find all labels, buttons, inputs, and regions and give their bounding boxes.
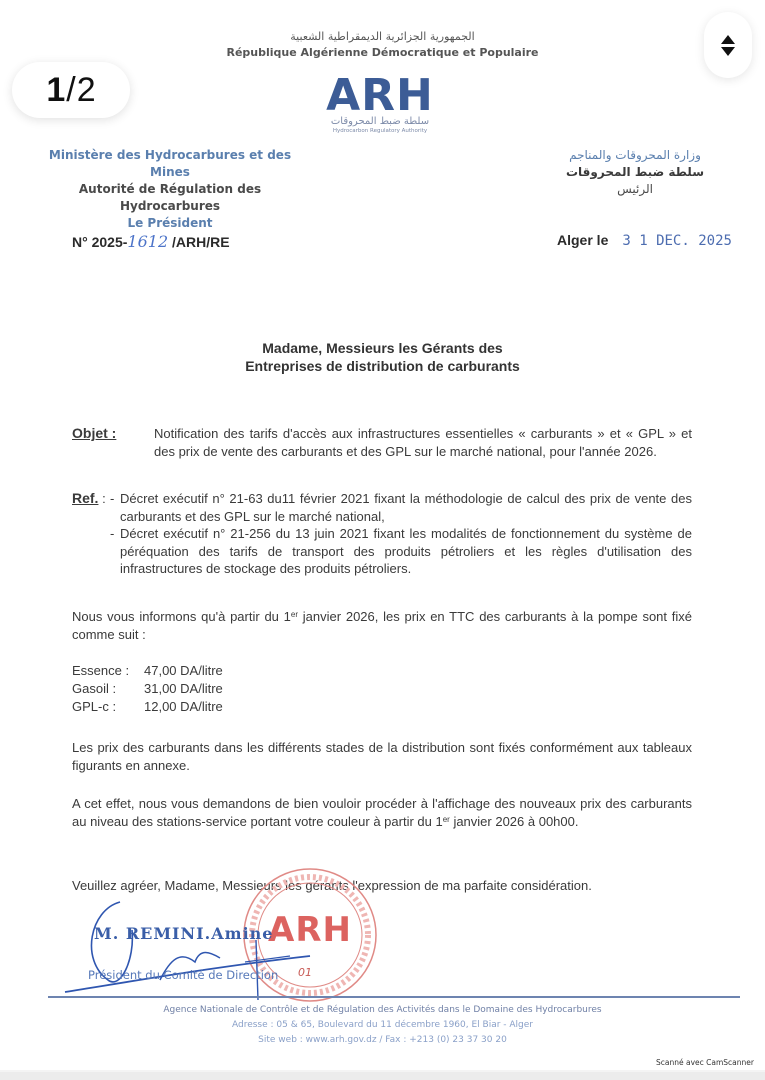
signatory-title: Président du Comité de Direction (88, 968, 278, 982)
paragraph-annex: Les prix des carburants dans les différe… (72, 739, 692, 774)
reference-item: -Décret exécutif n° 21-256 du 13 juin 20… (110, 525, 692, 578)
fuel-price: 31,00 DA/litre (144, 680, 223, 698)
current-page: 1 (46, 71, 65, 110)
intro-text: Nous vous informons qu'à partir du 1 (72, 609, 291, 624)
references-label: Ref. (72, 490, 98, 506)
place-label: Alger le (557, 232, 608, 248)
page-separator: / (66, 71, 75, 110)
footer-divider (48, 996, 740, 998)
fuel-price: 12,00 DA/litre (144, 698, 223, 716)
references-block: Ref. : -Décret exécutif n° 21-63 du11 fé… (72, 490, 692, 578)
signatory-number: 01 (298, 966, 312, 979)
subject-text: Notification des tarifs d'accès aux infr… (154, 425, 692, 460)
republic-french: République Algérienne Démocratique et Po… (0, 46, 765, 59)
page-indicator: 1/2 (12, 62, 130, 118)
references-colon: : (98, 491, 105, 506)
footer-address: Adresse : 05 & 65, Boulevard du 11 décem… (0, 1018, 765, 1033)
page-navigation-button[interactable] (704, 12, 752, 78)
recipient: Madame, Messieurs les Gérants des Entrep… (0, 339, 765, 375)
logo-arabic: سلطة ضبط المحروقات (310, 116, 450, 128)
ministry-header-ar: وزارة المحروقات والمناجم سلطة ضبط المحرو… (560, 147, 710, 198)
bottom-strip (0, 1072, 765, 1080)
president-label: Le Président (30, 215, 310, 232)
fuel-price: 47,00 DA/litre (144, 662, 223, 680)
logo-english: Hydrocarbon Regulatory Authority (310, 128, 450, 135)
fuel-name: Essence : (72, 662, 144, 680)
ministry-name: Ministère des Hydrocarbures et des Mines (30, 147, 310, 181)
handwritten-number: 1612 (127, 232, 168, 251)
display-text: A cet effet, nous vous demandons de bien… (72, 796, 692, 829)
footer-agency: Agence Nationale de Contrôle et de Régul… (0, 1003, 765, 1018)
price-row: GPL-c :12,00 DA/litre (72, 698, 223, 716)
fuel-name: Gasoil : (72, 680, 144, 698)
reference-item-text: Décret exécutif n° 21-63 du11 février 20… (120, 490, 692, 525)
ministry-header-fr: Ministère des Hydrocarbures et des Mines… (30, 147, 310, 232)
footer: Agence Nationale de Contrôle et de Régul… (0, 1003, 765, 1048)
reference-number: N° 2025-1612 /ARH/RE (72, 232, 230, 251)
date-line: Alger le3 1 DEC. 2025 (557, 232, 732, 249)
paragraph-display: A cet effet, nous vous demandons de bien… (72, 795, 692, 830)
closing-paragraph: Veuillez agréer, Madame, Messieurs les g… (72, 877, 692, 895)
recipient-line-1: Madame, Messieurs les Gérants des (0, 339, 765, 357)
total-pages: 2 (77, 71, 96, 110)
superscript: er (291, 610, 298, 619)
reference-item-text: Décret exécutif n° 21-256 du 13 juin 202… (120, 525, 692, 578)
logo-text: ARH (310, 76, 450, 116)
price-row: Essence :47,00 DA/litre (72, 662, 223, 680)
signatory-name: M. REMINI.Amine (94, 924, 273, 943)
display-text-cont: janvier 2026 à 00h00. (450, 814, 579, 829)
camscanner-watermark: Scanné avec CamScanner (656, 1058, 754, 1067)
subject-block: Objet : Notification des tarifs d'accès … (72, 425, 692, 460)
president-label-ar: الرئيس (560, 181, 710, 198)
paragraph-intro: Nous vous informons qu'à partir du 1er j… (72, 608, 692, 643)
superscript: er (443, 815, 450, 824)
document-page: الجمهورية الجزائرية الديمقراطية الشعبية … (0, 0, 765, 1070)
reference-prefix: N° 2025- (72, 234, 127, 250)
footer-contact: Site web : www.arh.gov.dz / Fax : +213 (… (0, 1033, 765, 1048)
ministry-name-ar: وزارة المحروقات والمناجم (560, 147, 710, 164)
arrow-down-icon[interactable] (721, 47, 735, 56)
arh-logo: ARH سلطة ضبط المحروقات Hydrocarbon Regul… (310, 76, 450, 135)
fuel-name: GPL-c : (72, 698, 144, 716)
authority-name: Autorité de Régulation des Hydrocarbures (30, 181, 310, 215)
signature-block: M. REMINI.Amine Président du Comité de D… (60, 900, 400, 1000)
price-row: Gasoil :31,00 DA/litre (72, 680, 223, 698)
reference-item: -Décret exécutif n° 21-63 du11 février 2… (110, 490, 692, 525)
subject-label: Objet : (72, 425, 116, 441)
recipient-line-2: Entreprises de distribution de carburant… (0, 357, 765, 375)
arrow-up-icon[interactable] (721, 35, 735, 44)
reference-suffix: /ARH/RE (168, 234, 229, 250)
price-list: Essence :47,00 DA/litre Gasoil :31,00 DA… (72, 662, 223, 716)
date-stamp: 3 1 DEC. 2025 (622, 233, 732, 249)
authority-name-ar: سلطة ضبط المحروقات (560, 164, 710, 181)
republic-arabic: الجمهورية الجزائرية الديمقراطية الشعبية (0, 30, 765, 43)
handwritten-signature-icon (60, 900, 400, 1000)
